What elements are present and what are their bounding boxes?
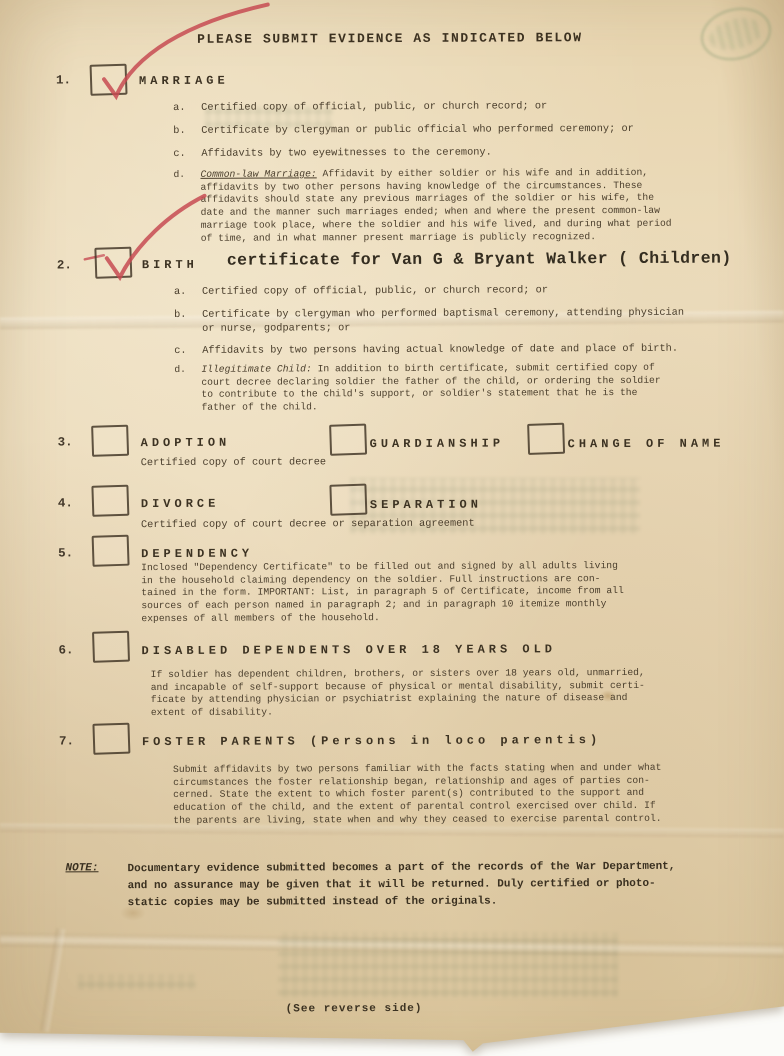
item-number: 3. [58,435,73,449]
sub-item-paragraph: d.Common-law Marriage: Affidavit by eith… [173,167,671,245]
item-description: Certified copy of court decree [141,456,326,469]
item-label: SEPARATION [370,498,482,512]
checkbox-separation[interactable] [329,484,367,516]
checkbox-change-of-name[interactable] [527,423,565,455]
sub-item-continued: or nurse, godparents; or [202,322,350,335]
note-label: NOTE: [65,862,98,874]
see-reverse-side-text: (See reverse side) [54,1002,654,1017]
item-number: 5. [58,546,73,560]
item-paragraph: If soldier has dependent children, broth… [151,667,645,720]
item-label: FOSTER PARENTS (Persons in loco parentis… [142,733,601,749]
sub-item: c.Affidavits by two persons having actua… [174,343,678,357]
item-label: ADOPTION [141,436,231,450]
sub-item-paragraph: d.Illegitimate Child: In addition to bir… [174,362,660,415]
paper-sheet: PLEASE SUBMIT EVIDENCE AS INDICATED BELO… [0,0,784,1056]
typed-annotation: certificate for Van G & Bryant Walker ( … [227,249,732,270]
item-number: 6. [59,643,74,657]
item-label: GUARDIANSHIP [370,437,504,452]
item-label: CHANGE OF NAME [568,437,725,452]
sub-item: a.Certified copy of official, public, or… [174,284,548,298]
checkbox-divorce[interactable] [91,485,129,517]
item-label: DIVORCE [141,497,219,511]
sub-item: a.Certified copy of official, public, or… [173,100,547,114]
item-description: Certified copy of court decree or separa… [141,518,475,531]
checkbox-guardianship[interactable] [329,424,367,456]
item-number: 2. [57,258,72,272]
note-paragraph: Documentary evidence submitted becomes a… [127,859,675,912]
sub-item: c.Affidavits by two eyewitnesses to the … [173,147,491,160]
item-paragraph: Inclosed "Dependency Certificate" to be … [141,560,624,626]
item-paragraph: Submit affidavits by two persons familia… [173,762,662,828]
item-number: 7. [59,734,74,748]
scanned-form-page: PLEASE SUBMIT EVIDENCE AS INDICATED BELO… [0,0,784,1056]
red-checkmark-marriage [90,0,290,111]
item-label: DEPENDENCY [141,547,253,561]
item-number: 4. [58,496,73,510]
checkbox-adoption[interactable] [91,425,129,457]
red-checkmark-birth [88,176,229,292]
item-label: DISABLED DEPENDENTS OVER 18 YEARS OLD [142,642,557,658]
item-number: 1. [56,73,71,87]
checkbox-foster-parents[interactable] [92,723,130,755]
checkbox-dependency[interactable] [92,535,130,567]
sub-item: b.Certificate by clergyman or public off… [173,123,634,137]
checkbox-disabled-dependents[interactable] [92,631,130,663]
sub-item: b.Certificate by clergyman who performed… [174,307,684,321]
form-item-1: 1. MARRIAGE a.Certified copy of official… [0,0,782,2]
